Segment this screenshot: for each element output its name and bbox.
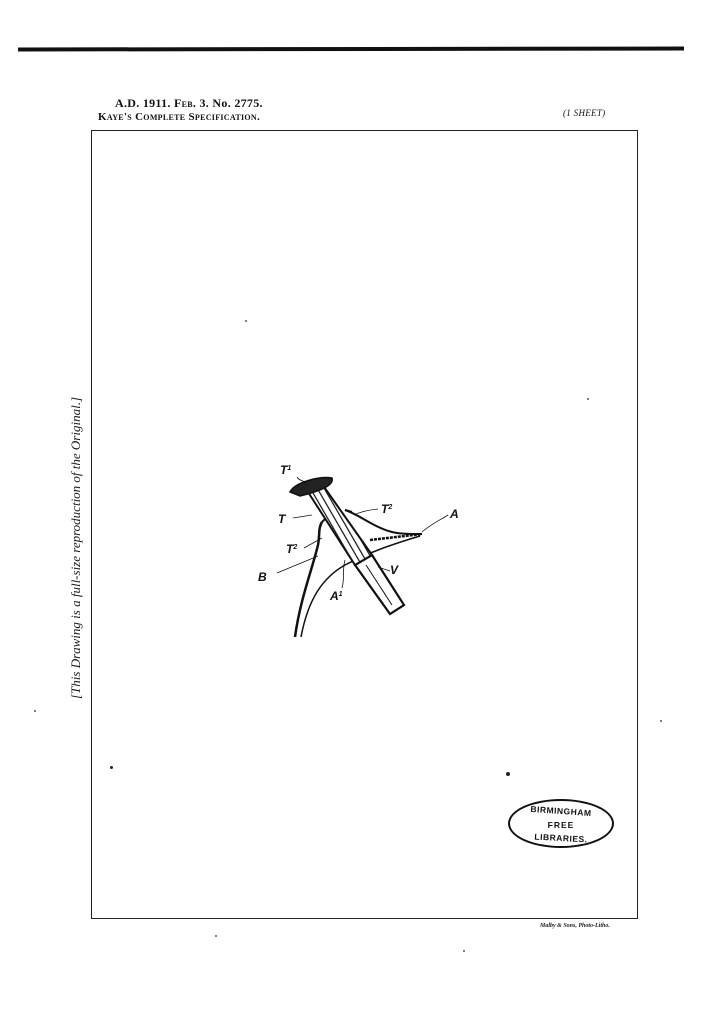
patent-year: A.D. 1911. (115, 96, 171, 110)
library-stamp: BIRMINGHAM FREE LIBRARIES. (508, 799, 614, 848)
patent-number-label: No. (212, 96, 231, 110)
label-A1: A1 (329, 589, 343, 603)
speck (587, 398, 589, 400)
reproduction-note: [This Drawing is a full-size reproductio… (68, 397, 84, 699)
speck (660, 720, 662, 722)
patent-figure: T1 T T2 T2 A A1 B V (240, 450, 490, 650)
speck (463, 950, 465, 952)
speck (506, 772, 510, 776)
speck (34, 710, 36, 712)
top-rule (18, 47, 684, 52)
label-V: V (390, 563, 399, 577)
label-A: A (449, 507, 459, 521)
label-T2-upper: T2 (381, 502, 392, 516)
label-T: T (278, 512, 287, 526)
label-T2-lower: T2 (286, 542, 297, 556)
label-T1: T1 (280, 463, 291, 477)
patent-day: 3. (200, 96, 210, 110)
printer-credit: Malby & Sons, Photo-Litho. (540, 923, 610, 929)
specification-title: Kaye's Complete Specification. (98, 111, 260, 123)
speck (245, 320, 247, 322)
stamp-line-1: BIRMINGHAM (510, 802, 612, 819)
patent-number: 2775. (234, 96, 263, 110)
sheet-count: (1 SHEET) (563, 108, 605, 118)
patent-drawing: T1 T T2 T2 A A1 B V (240, 450, 490, 650)
speck (110, 766, 113, 769)
label-B: B (258, 570, 267, 584)
patent-date-number: A.D. 1911. Feb. 3. No. 2775. (115, 96, 263, 111)
patent-month: Feb. (174, 96, 196, 110)
stamp-line-2: FREE (510, 820, 612, 830)
speck (215, 935, 217, 937)
